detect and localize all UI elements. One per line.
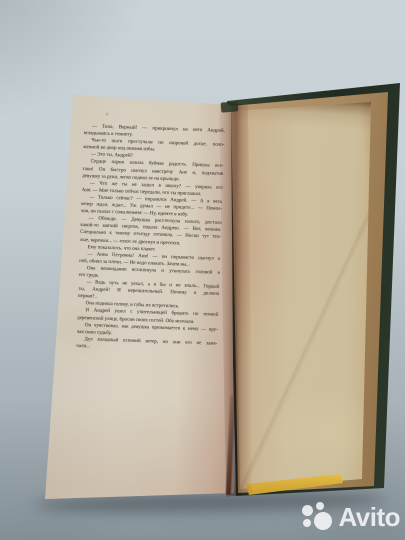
avito-watermark: Avito <box>302 502 400 531</box>
avito-wordmark: Avito <box>338 504 400 530</box>
gutter-dark-mark <box>221 101 239 112</box>
avito-logo-icon <box>302 502 333 531</box>
photo-background: — Тихо, Верный! — прикрикнул на него Анд… <box>0 0 405 540</box>
page-text: — Тихо, Верный! — прикрикнул на него Анд… <box>76 123 225 355</box>
